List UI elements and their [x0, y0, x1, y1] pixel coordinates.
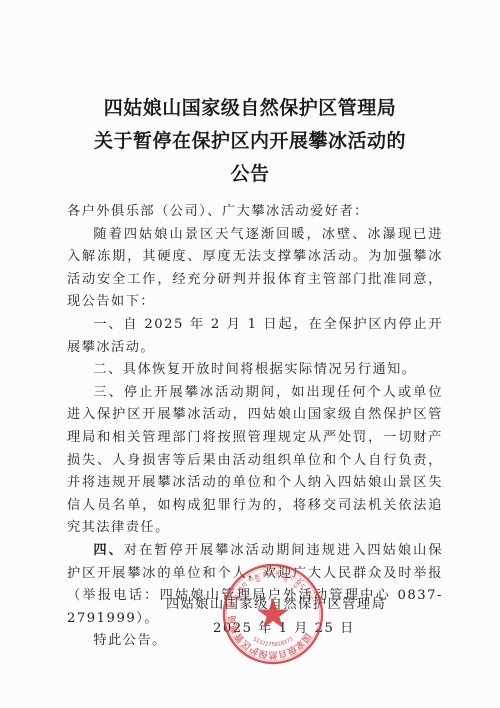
item-3: 三、停止开展攀冰活动期间，如出现任何个人或单位进入保护区开展攀冰活动，四姑娘山国… [67, 382, 443, 540]
title-line-2: 关于暂停在保护区内开展攀冰活动的 [0, 126, 500, 153]
item-2-number: 二、 [93, 362, 122, 377]
item-2: 二、具体恢复开放时间将根据实际情况另行通知。 [67, 359, 443, 382]
item-2-text: 具体恢复开放时间将根据实际情况另行通知。 [123, 362, 417, 377]
salutation: 各户外俱乐部（公司）、广大攀冰活动爱好者： [67, 201, 443, 224]
item-3-number: 三、 [93, 385, 123, 400]
document-page: 四姑娘山国家级自然保护区管理局 关于暂停在保护区内开展攀冰活动的 公告 各户外俱… [0, 0, 500, 708]
title-line-3: 公告 [0, 159, 500, 186]
item-1-text: 自 2025 年 2 月 1 日起，在全保护区内停止开展攀冰活动。 [67, 317, 443, 355]
item-1: 一、自 2025 年 2 月 1 日起，在全保护区内停止开展攀冰活动。 [67, 314, 443, 359]
official-seal-icon: ༀ་སྒྲ་ཁྱབ་བརྒྱ་མཚན་སྲུང་སྐྱོང་ཁང་ 国家级自然保… [221, 562, 325, 666]
item-1-number: 一、 [93, 317, 123, 332]
item-4-number: 四、 [93, 543, 123, 558]
item-3-text: 停止开展攀冰活动期间，如出现任何个人或单位进入保护区开展攀冰活动，四姑娘山国家级… [67, 385, 443, 536]
title-line-1: 四姑娘山国家级自然保护区管理局 [0, 93, 500, 120]
intro-paragraph: 随着四姑娘山景区天气逐渐回暖，冰壁、冰瀑现已进入解冻期，其硬度、厚度无法支撑攀冰… [67, 224, 443, 314]
